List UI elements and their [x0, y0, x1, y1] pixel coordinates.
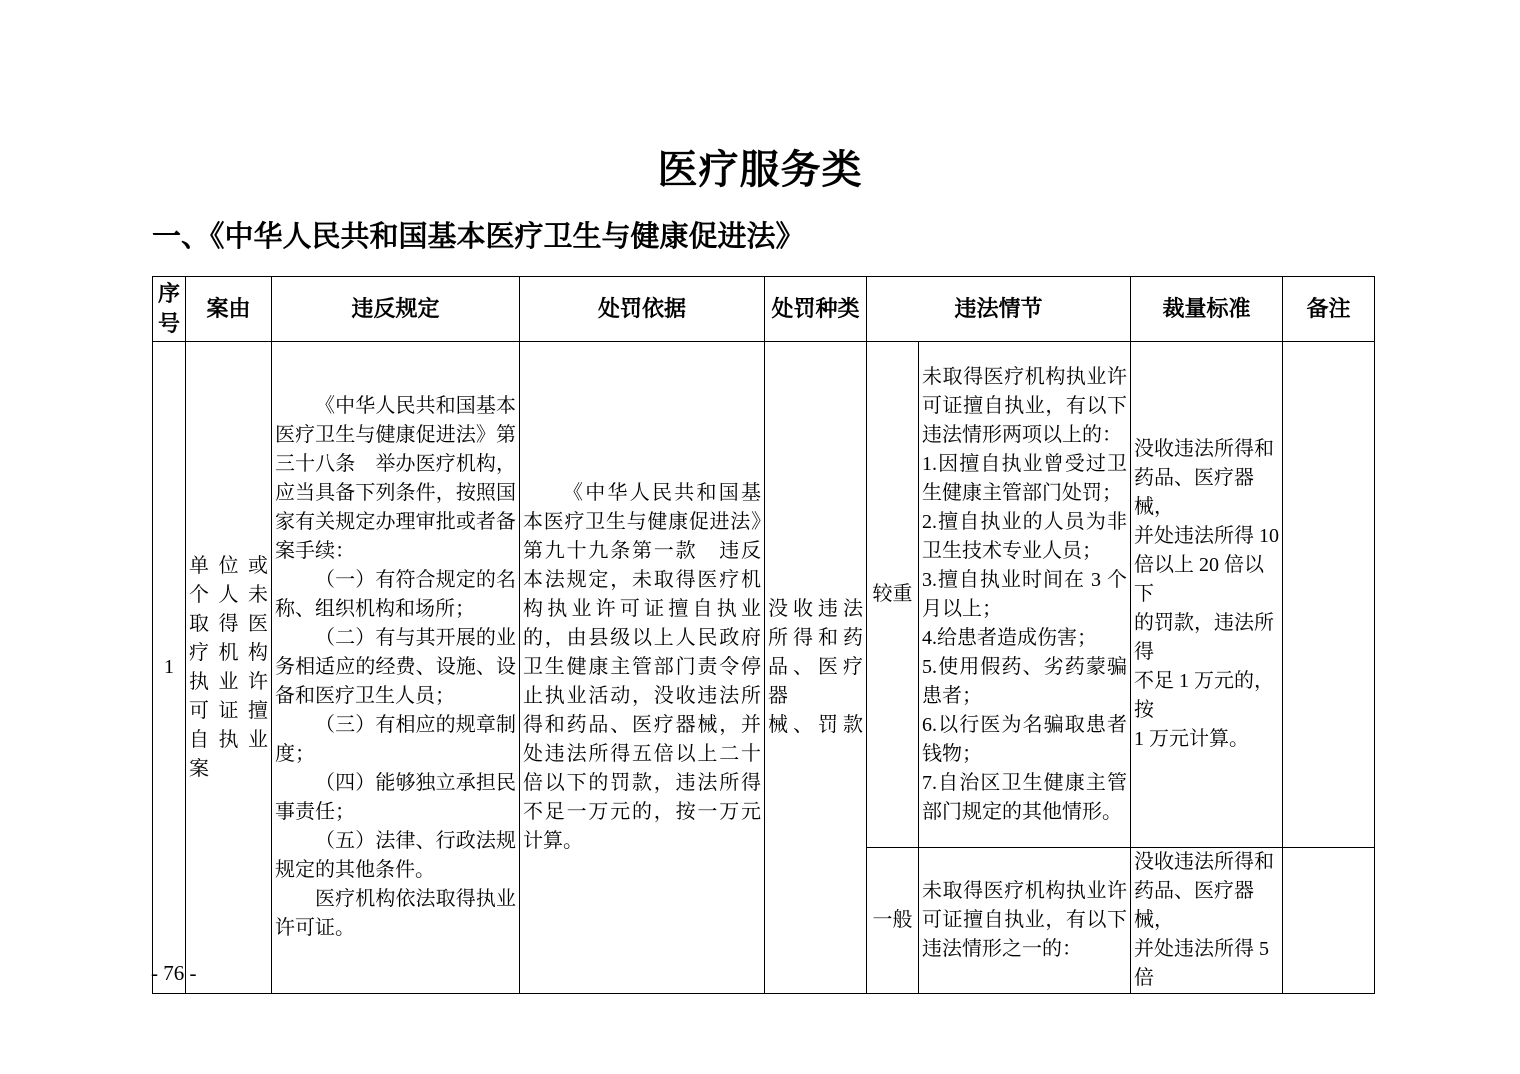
header-violation: 违反规定: [272, 277, 520, 342]
header-seq: 序号: [153, 277, 186, 342]
paragraph: （四）能够独立承担民事责任；: [275, 769, 516, 827]
paragraph: （五）法律、行政法规规定的其他条件。: [275, 827, 516, 885]
table-row-severe: 1 单位或个人未取得医疗机构执业许可证擅自执业案 《中华人民共和国基本医疗卫生与…: [153, 342, 1375, 848]
circumstance-items: 未取得医疗机构执业许可证擅自执业，有以下违法情形之一的：: [922, 877, 1127, 964]
paragraph: 1.因擅自执业曾受过卫生健康主管部门处罚；: [922, 450, 1127, 508]
paragraph: 6.以行医为名骗取患者钱物；: [922, 711, 1127, 769]
cell-penalty-type: 没收违法 所得和药 品、医疗器 械、罚款: [765, 342, 867, 994]
cell-discretion-general: 没收违法所得和 药品、医疗器械， 并处违法所得 5 倍: [1131, 848, 1283, 994]
document-page: 医疗服务类 一、《中华人民共和国基本医疗卫生与健康促进法》 序号 案由 违反规定…: [0, 0, 1520, 1074]
cell-penalty-basis: 《中华人民共和国基本医疗卫生与健康促进法》第九十九条第一款 违反本法规定，未取得…: [520, 342, 765, 994]
violation-paragraphs: 《中华人民共和国基本医疗卫生与健康促进法》第三十八条 举办医疗机构，应当具备下列…: [275, 392, 516, 943]
paragraph: 《中华人民共和国基本医疗卫生与健康促进法》第三十八条 举办医疗机构，应当具备下列…: [275, 392, 516, 566]
page-number: - 76 -: [151, 961, 197, 986]
header-penalty-type: 处罚种类: [765, 277, 867, 342]
paragraph: 未取得医疗机构执业许可证擅自执业，有以下违法情形两项以上的：: [922, 363, 1127, 450]
cell-severity-severe: 较重: [867, 342, 919, 848]
circumstance-items: 未取得医疗机构执业许可证擅自执业，有以下违法情形两项以上的：1.因擅自执业曾受过…: [922, 363, 1127, 827]
page-title: 医疗服务类: [0, 138, 1520, 195]
cell-case: 单位或个人未取得医疗机构执业许可证擅自执业案: [186, 342, 272, 994]
header-remark: 备注: [1283, 277, 1375, 342]
cell-severity-general: 一般: [867, 848, 919, 994]
paragraph: 2.擅自执业的人员为非卫生技术专业人员；: [922, 508, 1127, 566]
header-circumstances: 违法情节: [867, 277, 1131, 342]
paragraph: 3.擅自执业时间在 3 个月以上；: [922, 566, 1127, 624]
cell-circumstance-details-general: 未取得医疗机构执业许可证擅自执业，有以下违法情形之一的：: [919, 848, 1131, 994]
penalty-basis-paragraph: 《中华人民共和国基本医疗卫生与健康促进法》第九十九条第一款 违反本法规定，未取得…: [523, 479, 761, 856]
paragraph: （一）有符合规定的名称、组织机构和场所；: [275, 566, 516, 624]
header-case: 案由: [186, 277, 272, 342]
cell-seq: 1: [153, 342, 186, 994]
paragraph: （三）有相应的规章制度；: [275, 711, 516, 769]
regulation-table: 序号 案由 违反规定 处罚依据 处罚种类 违法情节 裁量标准 备注 1 单位或个…: [152, 276, 1375, 994]
paragraph: 4.给患者造成伤害；: [922, 624, 1127, 653]
table-header-row: 序号 案由 违反规定 处罚依据 处罚种类 违法情节 裁量标准 备注: [153, 277, 1375, 342]
cell-remark-general: [1283, 848, 1375, 994]
paragraph: 5.使用假药、劣药蒙骗患者；: [922, 653, 1127, 711]
header-penalty-basis: 处罚依据: [520, 277, 765, 342]
section-heading: 一、《中华人民共和国基本医疗卫生与健康促进法》: [152, 219, 805, 255]
paragraph: （二）有与其开展的业务相适应的经费、设施、设备和医疗卫生人员；: [275, 624, 516, 711]
cell-remark-severe: [1283, 342, 1375, 848]
cell-circumstance-details-severe: 未取得医疗机构执业许可证擅自执业，有以下违法情形两项以上的：1.因擅自执业曾受过…: [919, 342, 1131, 848]
header-discretion: 裁量标准: [1131, 277, 1283, 342]
cell-discretion-severe: 没收违法所得和 药品、医疗器械， 并处违法所得 10 倍以上 20 倍以下 的罚…: [1131, 342, 1283, 848]
paragraph: 7.自治区卫生健康主管部门规定的其他情形。: [922, 769, 1127, 827]
paragraph: 医疗机构依法取得执业许可证。: [275, 885, 516, 943]
cell-violation: 《中华人民共和国基本医疗卫生与健康促进法》第三十八条 举办医疗机构，应当具备下列…: [272, 342, 520, 994]
paragraph: 未取得医疗机构执业许可证擅自执业，有以下违法情形之一的：: [922, 877, 1127, 964]
